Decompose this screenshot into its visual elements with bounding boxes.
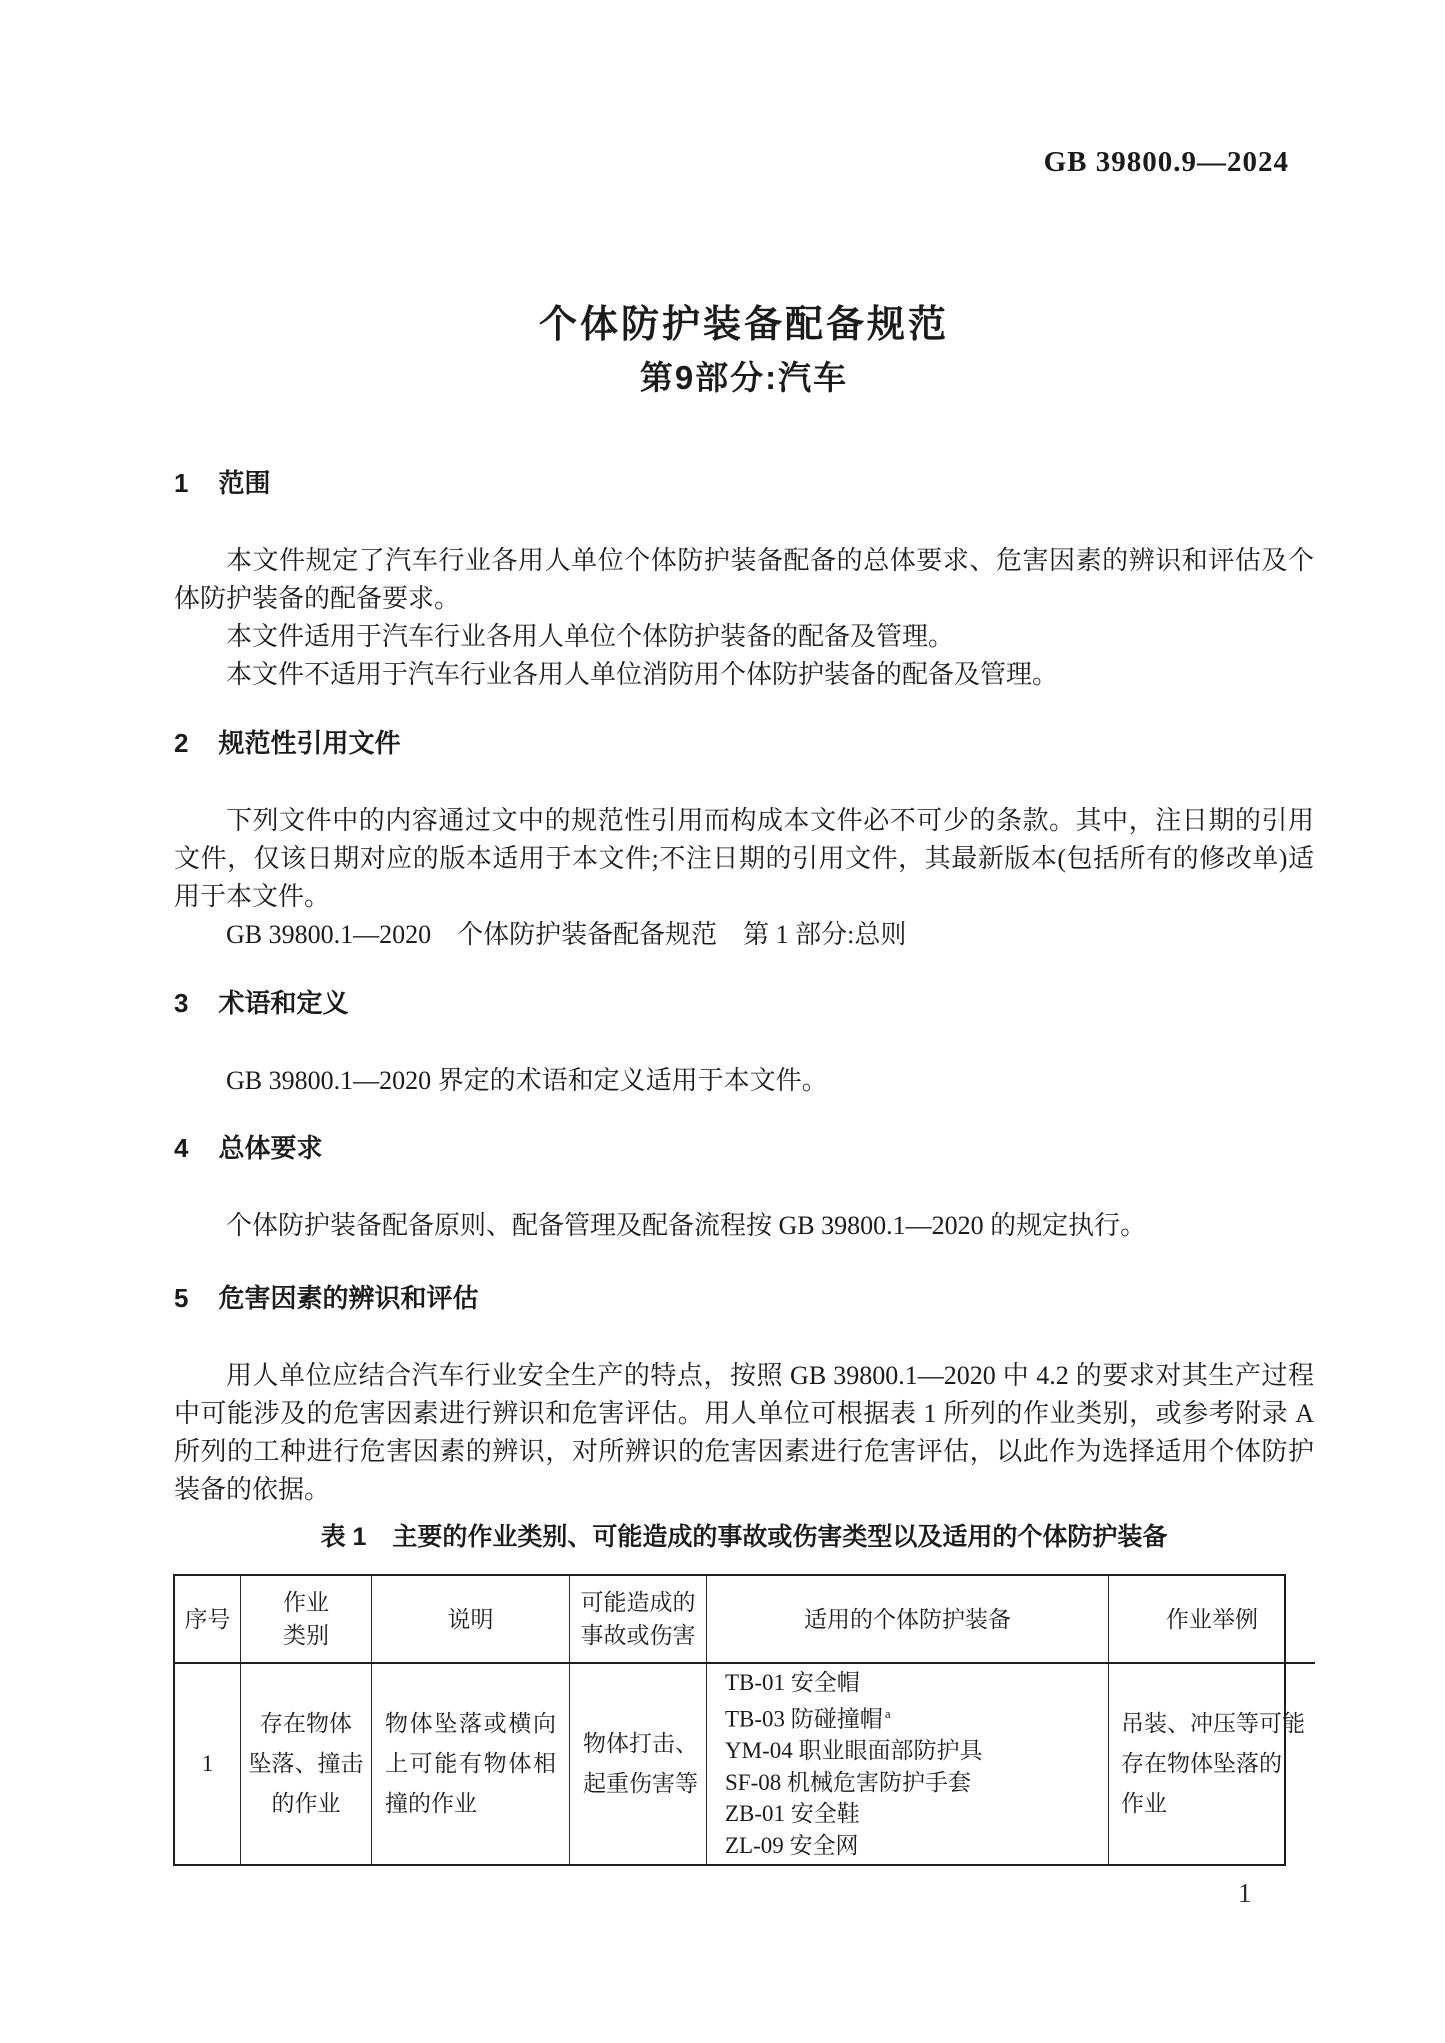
standard-code: GB 39800.9—2024 bbox=[1044, 146, 1289, 179]
column-header-description: 说明 bbox=[372, 1576, 570, 1664]
section-number: 4 bbox=[174, 1133, 188, 1163]
section-title: 规范性引用文件 bbox=[218, 728, 400, 758]
section-scope: 1范围 本文件规定了汽车行业各用人单位个体防护装备配备的总体要求、危害因素的辨识… bbox=[174, 468, 1314, 694]
equipment-item: YM-04 职业眼面部防护具 bbox=[725, 1735, 1108, 1767]
document-title: 个体防护装备配备规范 bbox=[174, 293, 1314, 348]
cell-line: 上可能有物体相 bbox=[385, 1744, 556, 1784]
cell-line: 物体打击、 bbox=[583, 1724, 693, 1764]
footnote-marker: a bbox=[885, 1706, 891, 1721]
cell-line: 存在物体坠落的 bbox=[1121, 1744, 1305, 1784]
equipment-item: SF-08 机械危害防护手套 bbox=[725, 1767, 1108, 1799]
paragraph: 本文件适用于汽车行业各用人单位个体防护装备的配备及管理。 bbox=[174, 618, 1314, 656]
equipment-item-text: YM-04 职业眼面部防护具 bbox=[725, 1738, 982, 1763]
section-heading: 4总体要求 bbox=[174, 1133, 1314, 1163]
equipment-item-text: SF-08 机械危害防护手套 bbox=[725, 1770, 971, 1795]
header-line: 作业举例 bbox=[1166, 1603, 1258, 1636]
column-header-index: 序号 bbox=[175, 1576, 241, 1664]
section-normative-references: 2规范性引用文件 下列文件中的内容通过文中的规范性引用而构成本文件必不可少的条款… bbox=[174, 728, 1314, 954]
paragraph: 本文件不适用于汽车行业各用人单位消防用个体防护装备的配备及管理。 bbox=[174, 656, 1314, 694]
cell-hazards: 物体打击、 起重伤害等 bbox=[570, 1664, 707, 1864]
section-terms-definitions: 3术语和定义 GB 39800.1—2020 界定的术语和定义适用于本文件。 bbox=[174, 988, 1314, 1100]
section-number: 3 bbox=[174, 988, 188, 1018]
equipment-item: ZB-01 安全鞋 bbox=[725, 1798, 1108, 1830]
column-header-hazards: 可能造成的 事故或伤害 bbox=[570, 1576, 707, 1664]
header-line: 事故或伤害 bbox=[581, 1619, 696, 1652]
header-line: 序号 bbox=[185, 1603, 231, 1636]
cell-line: 吊装、冲压等可能 bbox=[1121, 1704, 1305, 1744]
header-line: 类别 bbox=[283, 1619, 329, 1652]
section-number: 2 bbox=[174, 728, 188, 758]
equipment-item-text: TB-01 安全帽 bbox=[725, 1670, 860, 1695]
cell-index: 1 bbox=[175, 1664, 241, 1864]
document-subtitle: 第9部分:汽车 bbox=[174, 352, 1314, 399]
section-heading: 3术语和定义 bbox=[174, 988, 1314, 1018]
equipment-item: TB-03 防碰撞帽a bbox=[725, 1698, 1108, 1735]
section-heading: 2规范性引用文件 bbox=[174, 728, 1314, 758]
equipment-item: TB-01 安全帽 bbox=[725, 1667, 1108, 1699]
section-title: 危害因素的辨识和评估 bbox=[218, 1283, 478, 1313]
equipment-item: ZL-09 安全网 bbox=[725, 1830, 1108, 1862]
paragraph: 本文件规定了汽车行业各用人单位个体防护装备配备的总体要求、危害因素的辨识和评估及… bbox=[174, 542, 1314, 618]
paragraph: 用人单位应结合汽车行业安全生产的特点，按照 GB 39800.1—2020 中 … bbox=[174, 1357, 1314, 1509]
cell-line: 坠落、撞击 bbox=[249, 1744, 364, 1784]
cell-line: 撞的作业 bbox=[385, 1784, 556, 1824]
column-header-category: 作业 类别 bbox=[241, 1576, 372, 1664]
section-title: 范围 bbox=[218, 468, 270, 498]
header-line: 适用的个体防护装备 bbox=[804, 1603, 1011, 1636]
equipment-item-text: ZL-09 安全网 bbox=[725, 1833, 859, 1858]
section-title: 总体要求 bbox=[218, 1133, 322, 1163]
paragraph: 下列文件中的内容通过文中的规范性引用而构成本文件必不可少的条款。其中，注日期的引… bbox=[174, 802, 1314, 916]
paragraph: 个体防护装备配备原则、配备管理及配备流程按 GB 39800.1—2020 的规… bbox=[174, 1207, 1314, 1245]
header-line: 说明 bbox=[448, 1603, 494, 1636]
section-title: 术语和定义 bbox=[218, 988, 348, 1018]
cell-description: 物体坠落或横向 上可能有物体相 撞的作业 bbox=[372, 1664, 570, 1864]
table-caption-label: 表 1 bbox=[321, 1523, 367, 1551]
page-number: 1 bbox=[1238, 1878, 1252, 1909]
cell-line: 存在物体 bbox=[260, 1704, 352, 1744]
reference-entry: GB 39800.1—2020 个体防护装备配备规范 第 1 部分:总则 bbox=[174, 916, 1314, 954]
section-number: 5 bbox=[174, 1283, 188, 1313]
cell-equipment: TB-01 安全帽 TB-03 防碰撞帽a YM-04 职业眼面部防护具 SF-… bbox=[707, 1664, 1109, 1864]
table-caption-text: 主要的作业类别、可能造成的事故或伤害类型以及适用的个体防护装备 bbox=[392, 1523, 1167, 1551]
cell-line: 作业 bbox=[1121, 1784, 1305, 1824]
section-general-requirements: 4总体要求 个体防护装备配备原则、配备管理及配备流程按 GB 39800.1—2… bbox=[174, 1133, 1314, 1245]
header-line: 作业 bbox=[283, 1586, 329, 1619]
equipment-item-text: TB-03 防碰撞帽 bbox=[725, 1707, 883, 1732]
table-caption: 表 1主要的作业类别、可能造成的事故或伤害类型以及适用的个体防护装备 bbox=[174, 1517, 1314, 1553]
section-heading: 5危害因素的辨识和评估 bbox=[174, 1283, 1314, 1313]
column-header-examples: 作业举例 bbox=[1109, 1576, 1315, 1664]
table-1: 序号 作业 类别 说明 可能造成的 事故或伤害 适用的个体防护装备 作业举例 1 bbox=[173, 1574, 1286, 1866]
cell-category: 存在物体 坠落、撞击 的作业 bbox=[241, 1664, 372, 1864]
column-header-equipment: 适用的个体防护装备 bbox=[707, 1576, 1109, 1664]
section-hazard-identification: 5危害因素的辨识和评估 用人单位应结合汽车行业安全生产的特点，按照 GB 398… bbox=[174, 1283, 1314, 1509]
row-index: 1 bbox=[202, 1744, 214, 1784]
cell-line: 起重伤害等 bbox=[583, 1764, 693, 1804]
cell-examples: 吊装、冲压等可能 存在物体坠落的 作业 bbox=[1109, 1664, 1315, 1864]
header-line: 可能造成的 bbox=[581, 1586, 696, 1619]
section-number: 1 bbox=[174, 468, 188, 498]
document-page: GB 39800.9—2024 个体防护装备配备规范 第9部分:汽车 1范围 本… bbox=[0, 0, 1445, 2043]
equipment-item-text: ZB-01 安全鞋 bbox=[725, 1801, 860, 1826]
cell-line: 物体坠落或横向 bbox=[385, 1704, 556, 1744]
paragraph: GB 39800.1—2020 界定的术语和定义适用于本文件。 bbox=[174, 1062, 1314, 1100]
section-heading: 1范围 bbox=[174, 468, 1314, 498]
cell-line: 的作业 bbox=[272, 1784, 341, 1824]
